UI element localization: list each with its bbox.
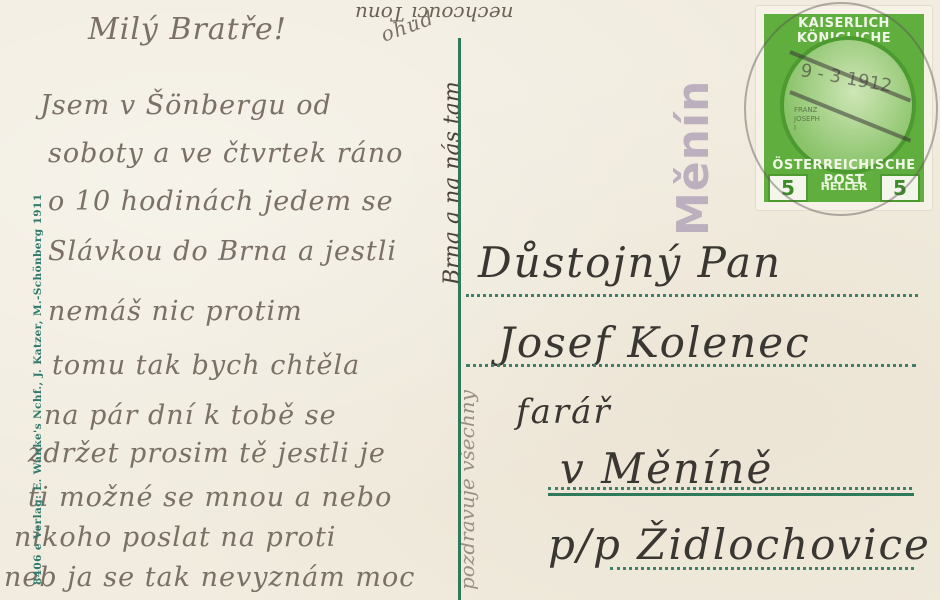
message-line: zdržet prosim tě jestli je (28, 438, 386, 469)
message-line: Jsem v Šönbergu od (40, 90, 332, 121)
address-guide-line (466, 364, 916, 367)
greeting: Milý Bratře! (88, 12, 287, 47)
publisher-imprint: 8406 e Verlag: E. Wanke's Nchf., J. Katz… (32, 194, 44, 585)
address-line-2: Josef Kolenec (498, 318, 811, 367)
postage-stamp: KAISERLICH KÖNIGLICHE FRANZ JOSEPH I ÖST… (756, 6, 932, 210)
address-underline (548, 493, 914, 496)
address-guide-line (548, 487, 912, 490)
vertical-margin-note: Brna a na nás tam (440, 81, 465, 285)
stamp-portrait-label: FRANZ JOSEPH I (794, 106, 820, 133)
center-divider-line (458, 38, 461, 600)
address-line-3: farář (516, 392, 612, 432)
message-line: nemáš nic protim (48, 296, 303, 327)
address-guide-line (466, 294, 918, 297)
address-line-1: Důstojný Pan (478, 238, 782, 287)
portrait-label-line: JOSEPH (794, 115, 820, 124)
stamp-face: KAISERLICH KÖNIGLICHE FRANZ JOSEPH I ÖST… (764, 14, 924, 202)
stamp-value-right: 5 (880, 174, 920, 202)
message-line: nikoho poslat na proti (14, 522, 336, 553)
portrait-label-line: I (794, 124, 820, 133)
address-line-4: v Měníně (560, 444, 773, 493)
message-line: ti možné se mnou a nebo (28, 482, 392, 513)
message-line: neb ja se tak nevyznám moc (4, 562, 415, 593)
message-line: Slávkou do Brna a jestli (48, 236, 397, 267)
portrait-label-line: FRANZ (794, 106, 820, 115)
town-cancellation-mark: Měnín (668, 80, 719, 236)
message-line: na pár dní k tobě se (44, 400, 337, 431)
message-line: soboty a ve čtvrtek ráno (48, 138, 403, 169)
message-line: tomu tak bych chtěla (52, 350, 360, 381)
stamp-currency: HELLER (810, 180, 878, 193)
address-line-5: p/p Židlochovice (548, 520, 931, 569)
postcard-back: nechcouci Tonu Milý Bratře! ohud Jsem v … (0, 0, 940, 600)
stamp-value-left: 5 (768, 174, 808, 202)
message-line: o 10 hodinách jedem se (48, 186, 394, 217)
address-guide-line (610, 567, 914, 570)
